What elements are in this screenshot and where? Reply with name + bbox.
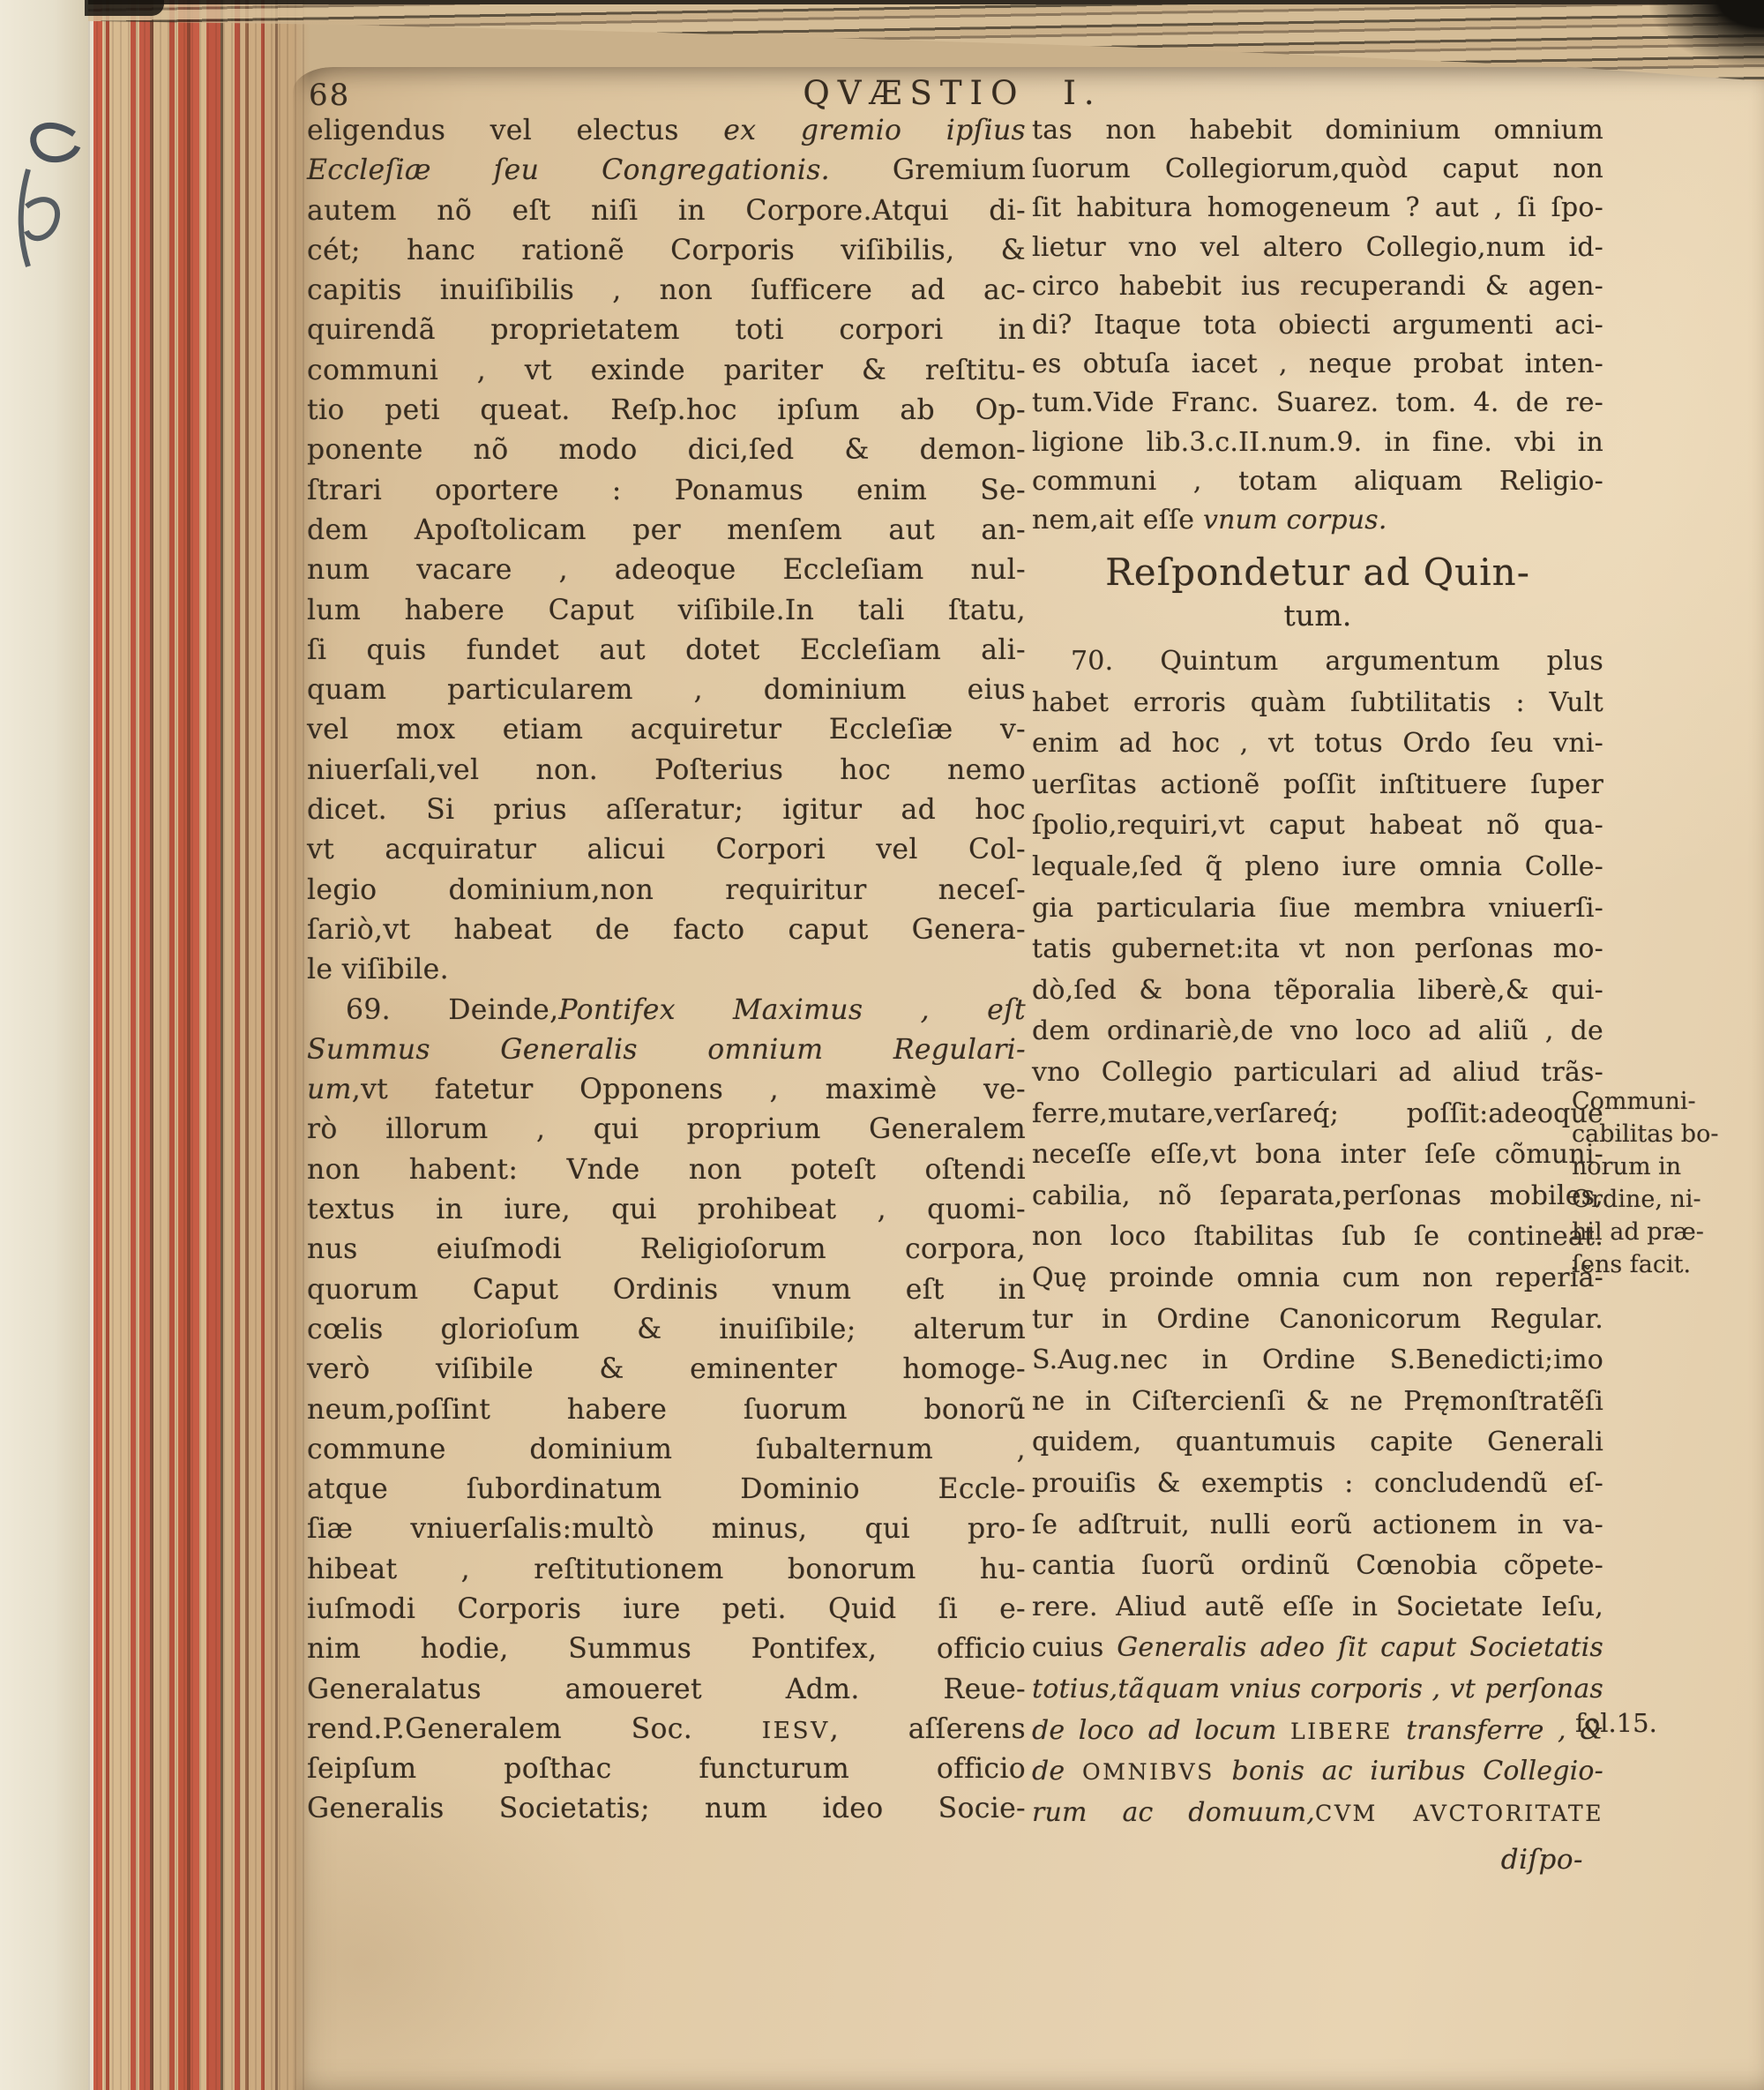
text-line: atque ſubordinatum Dominio Eccle- [307, 1473, 1026, 1513]
margin-note-line: norum in [1572, 1150, 1759, 1183]
text-line: tio peti queat. Reſp.hoc ipſum ab Op- [307, 394, 1026, 434]
text-line: communi , totam aliquam Religio- [1032, 466, 1603, 505]
text-line: ſiæ vniuerſalis:multò minus, qui pro- [307, 1513, 1026, 1553]
right-column-lower-lines: 70. Quintum argumentum plushabet erroris… [1032, 646, 1603, 1838]
margin-note-line: Communi- [1572, 1085, 1759, 1118]
margin-note-folio-reference: fol.15. [1575, 1708, 1657, 1738]
shadow-corner-top-left [85, 0, 164, 16]
text-line: communi , vt exinde pariter & reſtitu- [307, 355, 1026, 394]
text-line: non loco ſtabilitas ſub ſe contineat. [1032, 1221, 1603, 1262]
text-line: tum.Vide Franc. Suarez. tom. 4. de re- [1032, 387, 1603, 426]
text-line: dicet. Si prius aſſeratur; igitur ad hoc [307, 794, 1026, 834]
text-line: rend.P.Generalem Soc. IESV, aſſerens [307, 1713, 1026, 1753]
text-line: capitis inuiſibilis , non ſufficere ad a… [307, 274, 1026, 314]
text-line: neceſſe eſſe,vt bona inter ſeſe cõmuni- [1032, 1139, 1603, 1180]
text-line: Generalis Societatis; num ideo Socie- [307, 1793, 1026, 1832]
text-line: quorum Caput Ordinis vnum eſt in [307, 1274, 1026, 1314]
text-line: di? Itaque tota obiecti argumenti aci- [1032, 310, 1603, 348]
text-line: eligendus vel electus ex gremio ipſius [307, 115, 1026, 154]
text-line: prouiſis & exemptis : concludendũ eſ- [1032, 1468, 1603, 1509]
text-line: de loco ad locum LIBERE transferre , & [1032, 1715, 1603, 1757]
margin-note-line: ſens facit. [1572, 1248, 1759, 1281]
text-line: Eccleſiæ ſeu Congregationis. Gremium [307, 154, 1026, 194]
text-line: vt acquiratur alicui Corpori vel Col- [307, 834, 1026, 873]
text-line: de OMNIBVS bonis ac iuribus Collegio- [1032, 1756, 1603, 1797]
text-column-left: eligendus vel electus ex gremio ipſiusEc… [307, 115, 1026, 1833]
section-heading-line2: tum. [1032, 598, 1603, 637]
text-line: ſit habitura homogeneum ? aut , ſi ſpo- [1032, 192, 1603, 231]
text-line: hibeat , reſtitutionem bonorum hu- [307, 1554, 1026, 1593]
text-line: textus in iure, qui prohibeat , quomi- [307, 1194, 1026, 1233]
text-line: lequale,ſed q̃ pleno iure omnia Colle- [1032, 851, 1603, 893]
text-line: ſtrari oportere : Ponamus enim Se- [307, 475, 1026, 514]
text-line: ſeipſum poſthac functurum officio [307, 1753, 1026, 1793]
text-line: quam particularem , dominium eius [307, 674, 1026, 714]
text-line: nem,ait eſſe vnum corpus. [1032, 505, 1603, 543]
text-line: commune dominium ſubalternum , [307, 1434, 1026, 1473]
catchword: diſpo- [1032, 1844, 1583, 1876]
text-line: non habent: Vnde non poteſt oſtendi [307, 1154, 1026, 1194]
text-line: ne in Ciſtercienſi & ne Pręmonſtratẽſi [1032, 1386, 1603, 1427]
text-line: cantia ſuorũ ordinũ Cœnobia cõpete- [1032, 1550, 1603, 1592]
margin-note-communicabilitas: Communi-cabilitas bo-norum inOrdine, ni-… [1572, 1085, 1759, 1281]
text-line: tas non habebit dominium omnium [1032, 115, 1603, 154]
text-line: circo habebit ius recuperandi & agen- [1032, 271, 1603, 310]
text-line: cœlis glorioſum & inuiſibile; alterum [307, 1314, 1026, 1353]
text-line: habet erroris quàm ſubtilitatis : Vult [1032, 687, 1603, 729]
text-line: niuerſali,vel non. Poſterius hoc nemo [307, 754, 1026, 794]
text-column-right: tas non habebit dominium omniumſuorum Co… [1032, 115, 1603, 1838]
text-line: cabilia, nõ ſeparata,perſonas mobiles, [1032, 1180, 1603, 1222]
text-line: vel mox etiam acquiretur Eccleſiæ v- [307, 714, 1026, 753]
text-line: cét; hanc rationẽ Corporis viſibilis, & [307, 235, 1026, 274]
fore-edge-page-stripes [88, 0, 310, 2090]
text-line: vno Collegio particulari ad aliud trãs- [1032, 1057, 1603, 1098]
text-line: iuſmodi Corporis iure peti. Quid ſi e- [307, 1593, 1026, 1633]
text-line: num vacare , adeoque Eccleſiam nul- [307, 554, 1026, 594]
margin-note-line: cabilitas bo- [1572, 1118, 1759, 1150]
text-line: le viſibile. [307, 954, 1026, 993]
text-line: rum ac domuum,CVM AVCTORITATE [1032, 1797, 1603, 1839]
text-line: verò viſibile & eminenter homoge- [307, 1353, 1026, 1393]
handwritten-ink-mark [2, 115, 108, 291]
text-line: dem ordinariè,de vno loco ad aliũ , de [1032, 1015, 1603, 1057]
text-line: Summus Generalis omnium Regulari- [307, 1034, 1026, 1074]
text-line: uerſitas actionẽ poſſit inſtituere ſuper [1032, 769, 1603, 811]
text-line: cuius Generalis adeo ſit caput Societati… [1032, 1632, 1603, 1674]
scanner-background [0, 0, 99, 2090]
text-line: Generalatus amoueret Adm. Reue- [307, 1674, 1026, 1713]
text-line: es obtuſa iacet , neque probat inten- [1032, 348, 1603, 387]
text-line: tatis gubernet:ita vt non perſonas mo- [1032, 933, 1603, 975]
text-line: ſi quis fundet aut dotet Eccleſiam ali- [307, 634, 1026, 674]
text-line: autem nõ eſt niſi in Corpore.Atqui di- [307, 195, 1026, 235]
text-line: ligione lib.3.c.II.num.9. in fine. vbi i… [1032, 427, 1603, 466]
text-line: nus eiuſmodi Religioſorum corpora, [307, 1233, 1026, 1273]
text-line: legio dominium,non requiritur neceſ- [307, 874, 1026, 914]
text-line: ponente nõ modo dici,ſed & demon- [307, 434, 1026, 474]
text-line: S.Aug.nec in Ordine S.Benedicti;imo [1032, 1345, 1603, 1386]
book-scan: { "page": { "folio_number": "68", "runni… [0, 0, 1764, 2090]
section-heading: Reſpondetur ad Quin- tum. [1032, 551, 1603, 637]
text-line: totius,tãquam vnius corporis , vt perſon… [1032, 1674, 1603, 1715]
text-line: dò,ſed & bona tẽporalia liberè,& qui- [1032, 975, 1603, 1016]
section-heading-line1: Reſpondetur ad Quin- [1032, 551, 1603, 598]
page-number: 68 [309, 78, 350, 113]
text-line: tur in Ordine Canonicorum Regular. [1032, 1304, 1603, 1345]
text-line: Quę proinde omnia cum non reperiã- [1032, 1262, 1603, 1304]
text-line: rere. Aliud autẽ eſſe in Societate Ieſu, [1032, 1592, 1603, 1633]
text-line: ſpolio,requiri,vt caput habeat nõ qua- [1032, 810, 1603, 851]
text-line: 70. Quintum argumentum plus [1032, 646, 1603, 687]
running-header: QVÆSTIO I. [759, 74, 1147, 112]
right-column-upper-lines: tas non habebit dominium omniumſuorum Co… [1032, 115, 1603, 543]
margin-note-line: hil ad præ- [1572, 1216, 1759, 1248]
text-line: lietur vno vel altero Collegio,num id- [1032, 232, 1603, 271]
text-line: lum habere Caput viſibile.In tali ſtatu, [307, 595, 1026, 634]
text-line: ſariò,vt habeat de facto caput Genera- [307, 914, 1026, 954]
text-line: quirendã proprietatem toti corpori in [307, 314, 1026, 354]
shadow-corner-top-right [1649, 0, 1764, 69]
text-line: ſuorum Collegiorum,quòd caput non [1032, 154, 1603, 192]
text-line: neum,poſſint habere ſuorum bonorũ [307, 1394, 1026, 1434]
text-line: quidem, quantumuis capite Generali [1032, 1427, 1603, 1468]
text-line: dem Apoſtolicam per menſem aut an- [307, 514, 1026, 554]
text-line: ferre,mutare,verſareq́; poſſit:adeoque [1032, 1098, 1603, 1140]
text-line: 69. Deinde,Pontifex Maximus , eſt [307, 994, 1026, 1034]
text-line: gia particularia ſiue membra vniuerſi- [1032, 893, 1603, 934]
text-line: um,vt fatetur Opponens , maximè ve- [307, 1074, 1026, 1113]
text-line: ſe adſtruit, nulli eorũ actionem in va- [1032, 1509, 1603, 1551]
text-line: nim hodie, Summus Pontifex, officio [307, 1633, 1026, 1673]
margin-note-line: Ordine, ni- [1572, 1183, 1759, 1216]
text-line: rò illorum , qui proprium Generalem [307, 1113, 1026, 1153]
text-line: enim ad hoc , vt totus Ordo ſeu vni- [1032, 728, 1603, 769]
